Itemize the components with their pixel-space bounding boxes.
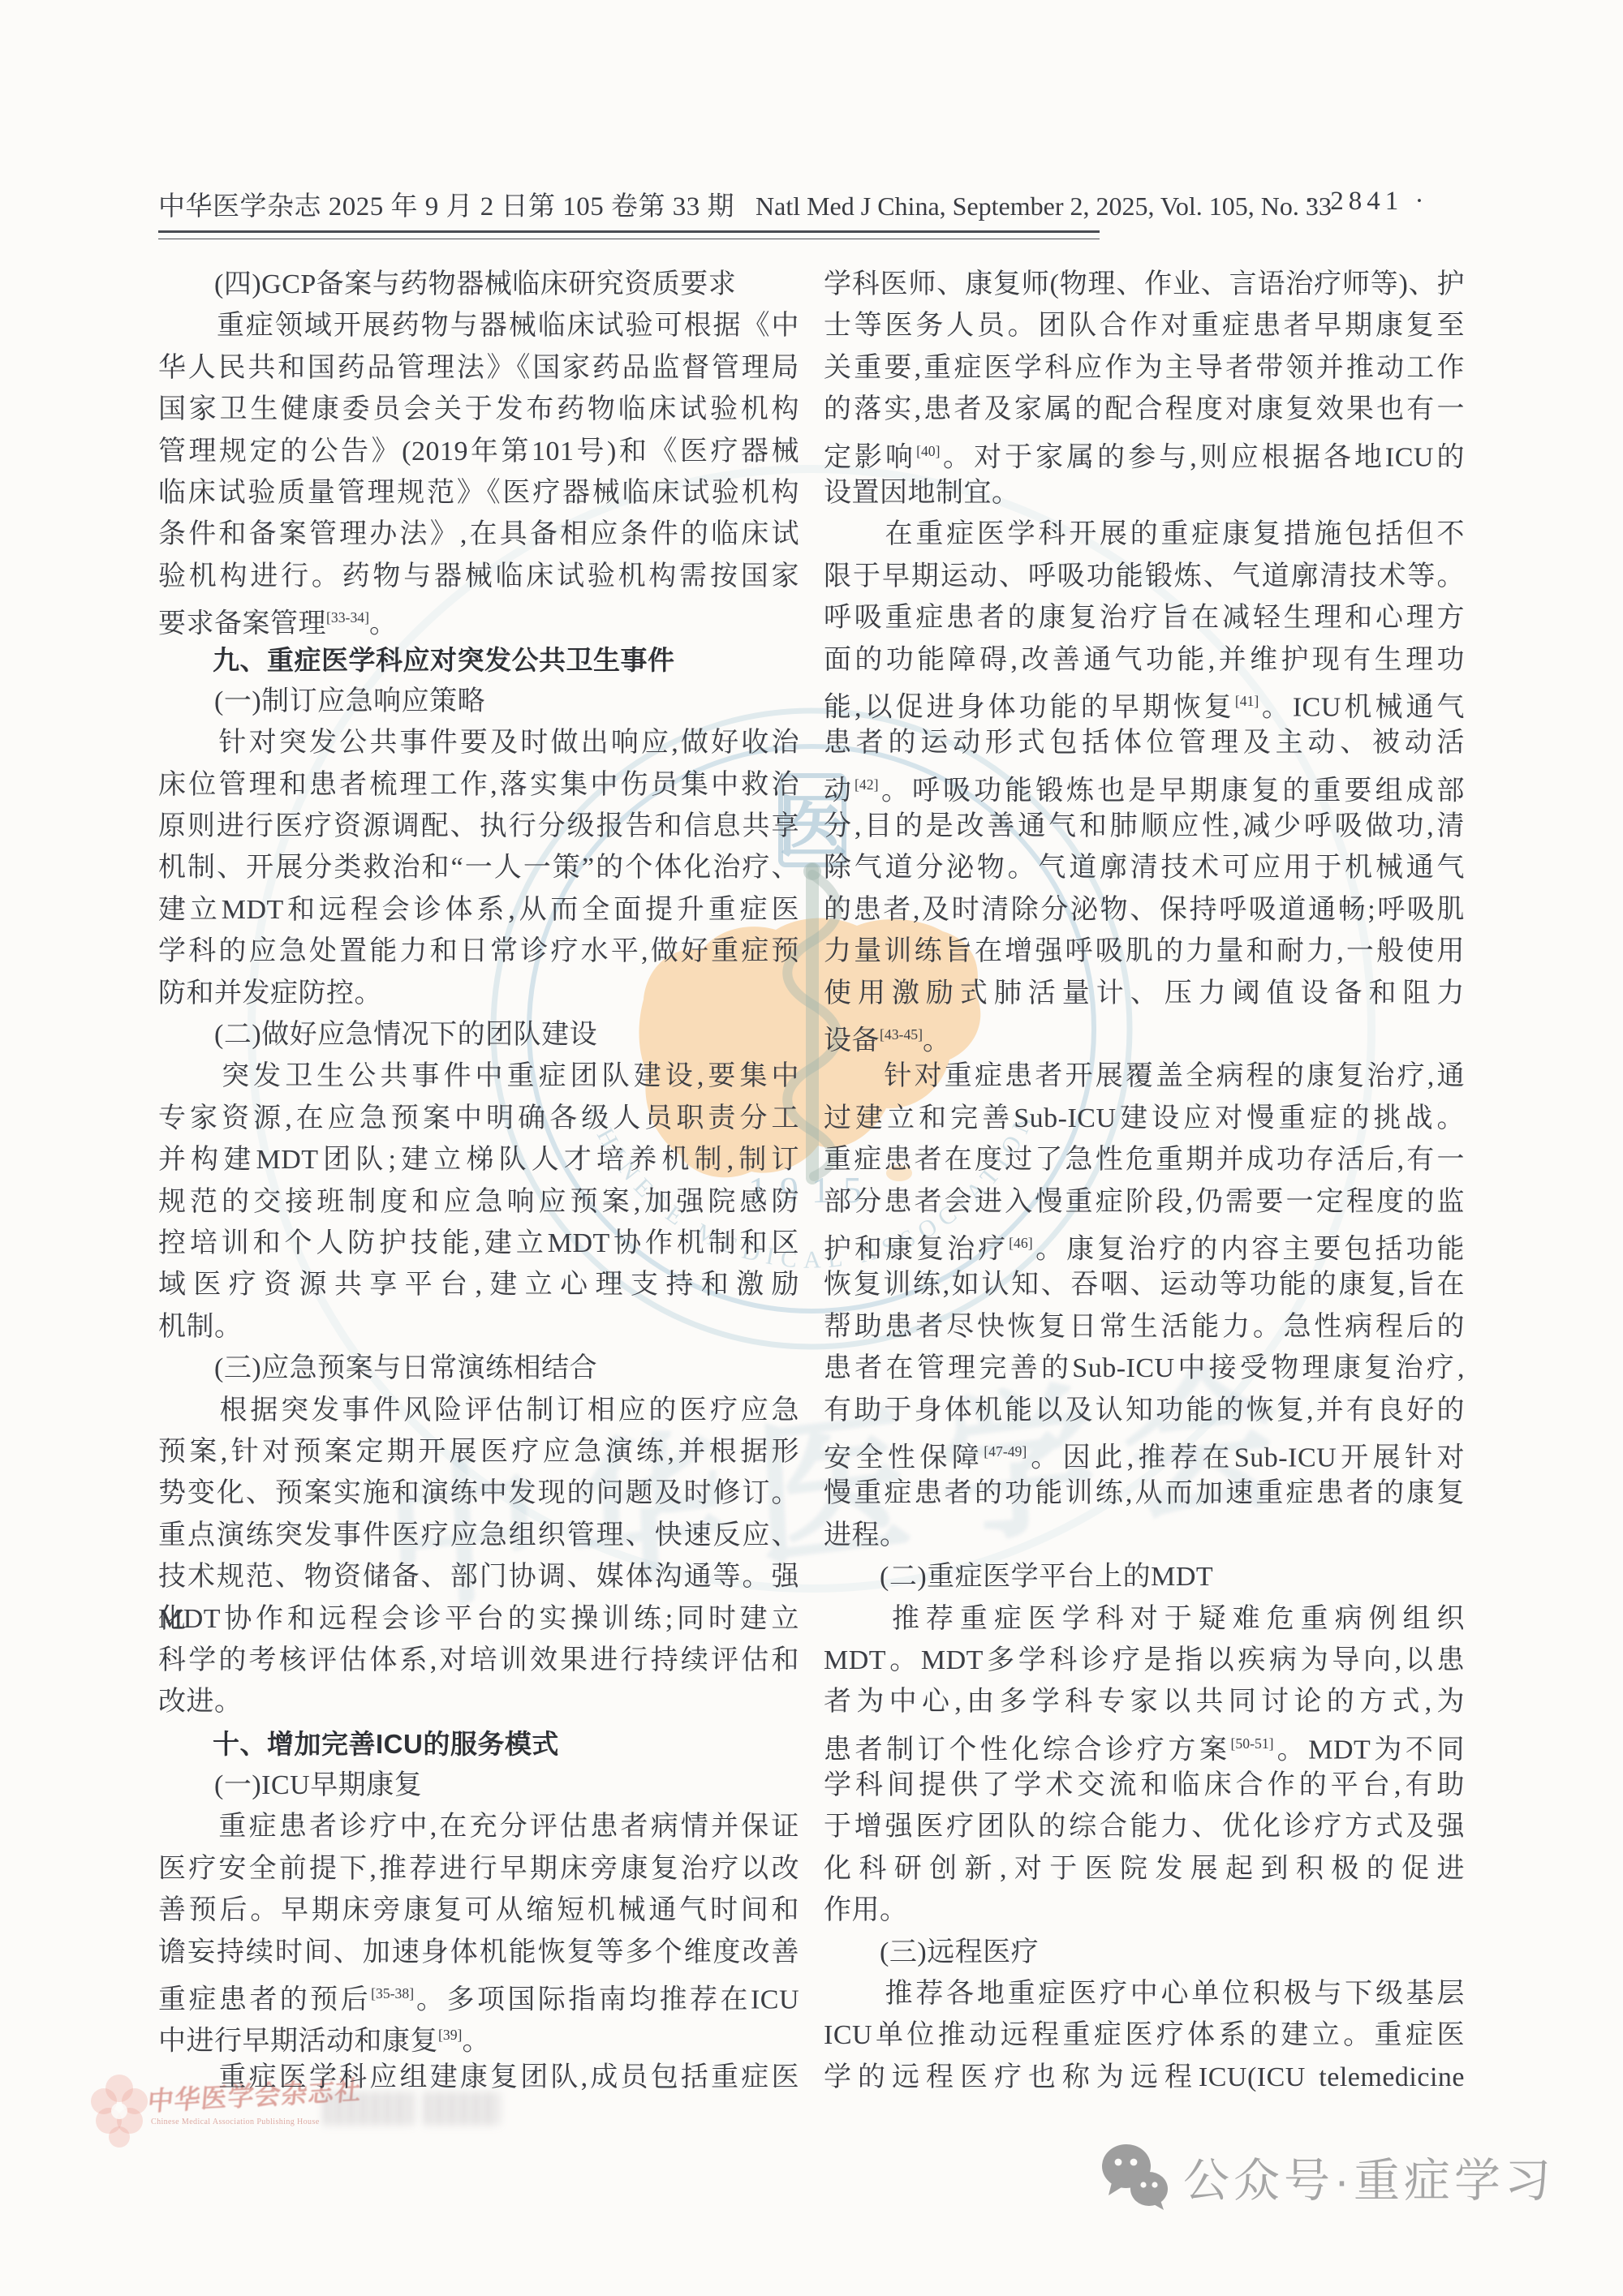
text-line: 谵妄持续时间、加速身体机能恢复等多个维度改善 bbox=[158, 1932, 799, 1973]
text-line: 重症患者的预后[35-38]。多项国际指南均推荐在ICU bbox=[158, 1973, 799, 2014]
text-line: 重点演练突发事件医疗应急组织管理、快速反应、 bbox=[158, 1515, 799, 1556]
text-line: 于增强医疗团队的综合能力、优化诊疗方式及强 bbox=[824, 1806, 1465, 1847]
left-column: (四)GCP备案与药物器械临床研究资质要求 重症领域开展药物与器械临床试验可根据… bbox=[158, 264, 799, 2098]
header-rule bbox=[158, 230, 1100, 239]
text-line: 床位管理和患者梳理工作,落实集中伤员集中救治 bbox=[158, 764, 799, 806]
text-line: 过建立和完善Sub-ICU建设应对慢重症的挑战。 bbox=[824, 1098, 1465, 1139]
text-line: 患者的运动形式包括体位管理及主动、被动活 bbox=[824, 722, 1465, 763]
text-line: 势变化、预案实施和演练中发现的问题及时修订。 bbox=[158, 1473, 799, 1514]
text-line: 进程。 bbox=[824, 1515, 1465, 1556]
text-line: ICU单位推动远程重症医疗体系的建立。重症医 bbox=[824, 2014, 1465, 2056]
text-line: 针对突发公共事件要及时做出响应,做好收治 bbox=[158, 722, 799, 763]
text-line: 患者在管理完善的Sub-ICU中接受物理康复治疗, bbox=[824, 1348, 1465, 1389]
text-line: 医疗安全前提下,推荐进行早期床旁康复治疗以改 bbox=[158, 1848, 799, 1890]
text-line: 护和康复治疗[46]。康复治疗的内容主要包括功能 bbox=[824, 1223, 1465, 1264]
text-line: 重症患者诊疗中,在充分评估患者病情并保证 bbox=[158, 1806, 799, 1847]
text-line: 域医疗资源共享平台,建立心理支持和激励 bbox=[158, 1264, 799, 1305]
text-line: 控培训和个人防护技能,建立MDT协作机制和区 bbox=[158, 1223, 799, 1264]
text-line: 士等医务人员。团队合作对重症患者早期康复至 bbox=[824, 305, 1465, 346]
text-line: 除气道分泌物。气道廓清技术可应用于机械通气 bbox=[824, 847, 1465, 888]
text-line: 重症医学科应组建康复团队,成员包括重症医 bbox=[158, 2057, 799, 2098]
text-line: 呼吸重症患者的康复治疗旨在减轻生理和心理方 bbox=[824, 597, 1465, 638]
wechat-icon bbox=[1100, 2142, 1169, 2212]
text-line: 定影响[40]。对于家属的参与,则应根据各地ICU的 bbox=[824, 431, 1465, 472]
publisher-flower-seal bbox=[88, 2070, 151, 2150]
text-line: 学科医师、康复师(物理、作业、言语治疗师等)、护 bbox=[824, 264, 1465, 305]
text-line: 的患者,及时清除分泌物、保持呼吸道通畅;呼吸肌 bbox=[824, 889, 1465, 931]
text-line: 针对重症患者开展覆盖全病程的康复治疗,通 bbox=[824, 1056, 1465, 1097]
text-line: 能,以促进身体功能的早期恢复[41]。ICU机械通气 bbox=[824, 681, 1465, 722]
page-number: · 2841 · bbox=[1305, 187, 1428, 217]
text-line: 重症领域开展药物与器械临床试验可根据《中 bbox=[158, 305, 799, 346]
text-line: 十、增加完善ICU的服务模式 bbox=[158, 1723, 799, 1765]
journal-title-en: Natl Med J China, September 2, 2025, Vol… bbox=[756, 191, 1332, 221]
text-line: (一)ICU早期康复 bbox=[158, 1765, 799, 1806]
text-line: 关重要,重症医学科应作为主导者带领并推动工作 bbox=[824, 347, 1465, 389]
footer-watermark: 公众号·重症学习 bbox=[1100, 2142, 1555, 2212]
text-line: 机制、开展分类救治和“一人一策”的个体化治疗、 bbox=[158, 847, 799, 888]
text-line: 推荐重症医学科对于疑难危重病例组织 bbox=[824, 1598, 1465, 1640]
text-line: 规范的交接班制度和应急响应预案,加强院感防 bbox=[158, 1181, 799, 1223]
text-line: 使用激励式肺活量计、压力阈值设备和阻力 bbox=[824, 973, 1465, 1014]
text-line: 有助于身体机能以及认知功能的恢复,并有良好的 bbox=[824, 1390, 1465, 1431]
text-line: 学科的应急处置能力和日常诊疗水平,做好重症预 bbox=[158, 931, 799, 972]
text-line: 中进行早期活动和康复[39]。 bbox=[158, 2014, 799, 2056]
text-line: 原则进行医疗资源调配、执行分级报告和信息共享 bbox=[158, 806, 799, 847]
text-line: 管理规定的公告》(2019年第101号)和《医疗器械 bbox=[158, 431, 799, 472]
text-line: 华人民共和国药品管理法》《国家药品监督管理局 bbox=[158, 347, 799, 389]
text-line: 面的功能障碍,改善通气功能,并维护现有生理功 bbox=[824, 639, 1465, 681]
text-line: 国家卫生健康委员会关于发布药物临床试验机构 bbox=[158, 389, 799, 430]
text-line: (四)GCP备案与药物器械临床研究资质要求 bbox=[158, 264, 799, 305]
text-line: 推荐各地重症医疗中心单位积极与下级基层 bbox=[824, 1973, 1465, 2014]
text-line: 设备[43-45]。 bbox=[824, 1014, 1465, 1056]
text-line: MDT协作和远程会诊平台的实操训练;同时建立 bbox=[158, 1598, 799, 1640]
text-line: 防和并发症防控。 bbox=[158, 973, 799, 1014]
text-line: 要求备案管理[33-34]。 bbox=[158, 597, 799, 638]
text-line: 条件和备案管理办法》,在具备相应条件的临床试 bbox=[158, 514, 799, 555]
text-line: 帮助患者尽快恢复日常生活能力。急性病程后的 bbox=[824, 1306, 1465, 1348]
text-line: 临床试验质量管理规范》《医疗器械临床试验机构 bbox=[158, 472, 799, 514]
text-line: 学的远程医疗也称为远程ICU(ICU telemedicine bbox=[824, 2057, 1465, 2098]
text-line: 的落实,患者及家属的配合程度对康复效果也有一 bbox=[824, 389, 1465, 430]
text-line: 善预后。早期床旁康复可从缩短机械通气时间和 bbox=[158, 1890, 799, 1931]
text-line: 改进。 bbox=[158, 1681, 799, 1722]
text-line: 恢复训练,如认知、吞咽、运动等功能的康复,旨在 bbox=[824, 1264, 1465, 1305]
text-line: 力量训练旨在增强呼吸肌的力量和耐力,一般使用 bbox=[824, 931, 1465, 972]
journal-title-cn: 中华医学杂志 2025 年 9 月 2 日第 105 卷第 33 期 bbox=[158, 192, 734, 221]
text-line: 机制。 bbox=[158, 1306, 799, 1348]
text-line: 九、重症医学科应对突发公共卫生事件 bbox=[158, 639, 799, 681]
text-line: (二)重症医学平台上的MDT bbox=[824, 1556, 1465, 1597]
text-line: 重症患者在度过了急性危重期并成功存活后,有一 bbox=[824, 1139, 1465, 1180]
text-line: 学科间提供了学术交流和临床合作的平台,有助 bbox=[824, 1765, 1465, 1806]
publisher-seal-subtitle: Chinese Medical Association Publishing H… bbox=[151, 2118, 320, 2126]
text-line: (三)远程医疗 bbox=[824, 1932, 1465, 1973]
text-line: 化科研创新,对于医院发展起到积极的促进 bbox=[824, 1848, 1465, 1890]
text-line: 科学的考核评估体系,对培训效果进行持续评估和 bbox=[158, 1640, 799, 1681]
text-line: 技术规范、物资储备、部门协调、媒体沟通等。强化 bbox=[158, 1556, 799, 1597]
text-line: 在重症医学科开展的重症康复措施包括但不 bbox=[824, 514, 1465, 555]
text-line: 动[42]。呼吸功能锻炼也是早期康复的重要组成部 bbox=[824, 764, 1465, 806]
text-line: MDT。MDT多学科诊疗是指以疾病为导向,以患 bbox=[824, 1640, 1465, 1681]
text-line: 部分患者会进入慢重症阶段,仍需要一定程度的监 bbox=[824, 1181, 1465, 1223]
text-line: 安全性保障[47-49]。因此,推荐在Sub-ICU开展针对 bbox=[824, 1431, 1465, 1473]
text-line: 突发卫生公共事件中重症团队建设,要集中 bbox=[158, 1056, 799, 1097]
text-line: (一)制订应急响应策略 bbox=[158, 681, 799, 722]
text-line: 患者制订个性化综合诊疗方案[50-51]。MDT为不同 bbox=[824, 1723, 1465, 1765]
right-column: 学科医师、康复师(物理、作业、言语治疗师等)、护士等医务人员。团队合作对重症患者… bbox=[824, 264, 1465, 2098]
text-line: 限于早期运动、呼吸功能锻炼、气道廓清技术等。 bbox=[824, 556, 1465, 597]
journal-page: 医 1915 CHINESE MEDICAL ASSOCIATION 中华医学会… bbox=[0, 0, 1623, 2296]
text-line: 建立MDT和远程会诊体系,从而全面提升重症医 bbox=[158, 889, 799, 931]
text-line: (二)做好应急情况下的团队建设 bbox=[158, 1014, 799, 1056]
text-line: 慢重症患者的功能训练,从而加速重症患者的康复 bbox=[824, 1473, 1465, 1514]
text-line: 根据突发事件风险评估制订相应的医疗应急 bbox=[158, 1390, 799, 1431]
text-line: 设置因地制宜。 bbox=[824, 472, 1465, 514]
text-line: 验机构进行。药物与器械临床试验机构需按国家 bbox=[158, 556, 799, 597]
text-line: 者为中心,由多学科专家以共同讨论的方式,为 bbox=[824, 1681, 1465, 1722]
text-line: (三)应急预案与日常演练相结合 bbox=[158, 1348, 799, 1389]
text-line: 预案,针对预案定期开展医疗应急演练,并根据形 bbox=[158, 1431, 799, 1473]
text-line: 作用。 bbox=[824, 1890, 1465, 1931]
journal-header: 中华医学杂志 2025 年 9 月 2 日第 105 卷第 33 期Natl M… bbox=[158, 185, 1332, 223]
text-line: 并构建MDT团队;建立梯队人才培养机制,制订 bbox=[158, 1139, 799, 1180]
emblem-snake-head bbox=[803, 862, 821, 880]
text-line: 专家资源,在应急预案中明确各级人员职责分工 bbox=[158, 1098, 799, 1139]
text-line: 分,目的是改善通气和肺顺应性,减少呼吸做功,清 bbox=[824, 806, 1465, 847]
footer-watermark-text: 公众号·重症学习 bbox=[1183, 2143, 1555, 2210]
